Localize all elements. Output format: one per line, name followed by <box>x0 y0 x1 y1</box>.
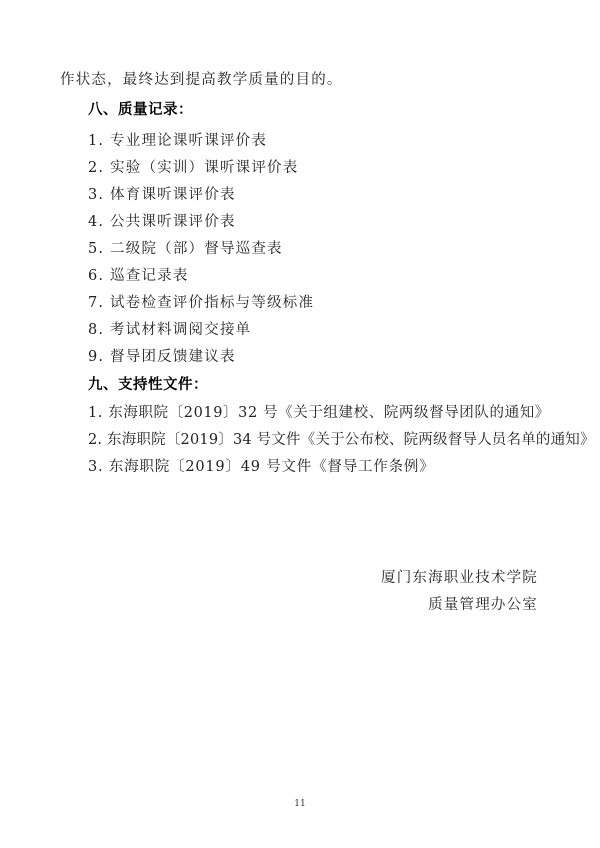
section-heading-quality-records: 八、质量记录： <box>88 101 193 119</box>
list-item: 4. 公共课听课评价表 <box>88 213 236 231</box>
list-item: 3. 东海职院〔2019〕49 号文件《督导工作条例》 <box>88 458 435 476</box>
list-item: 3. 体育课听课评价表 <box>88 186 236 204</box>
list-item: 8. 考试材料调阅交接单 <box>88 321 251 339</box>
list-item: 1. 专业理论课听课评价表 <box>88 132 267 150</box>
section-heading-supporting-documents: 九、支持性文件： <box>88 376 208 394</box>
list-item: 7. 试卷检查评价指标与等级标准 <box>88 294 314 312</box>
list-item: 2. 实验（实训）课听课评价表 <box>88 159 298 177</box>
list-item: 6. 巡查记录表 <box>88 267 189 285</box>
signature-department: 质量管理办公室 <box>428 596 538 614</box>
list-item: 1. 东海职院〔2019〕32 号《关于组建校、院两级督导团队的通知》 <box>88 404 550 422</box>
list-item: 9. 督导团反馈建议表 <box>88 348 236 366</box>
page-number: 11 <box>0 799 600 809</box>
list-item: 2. 东海职院〔2019〕34 号文件《关于公布校、院两级督导人员名单的通知》 <box>88 431 595 449</box>
signature-organization: 厦门东海职业技术学院 <box>381 569 538 587</box>
list-item: 5. 二级院（部）督导巡查表 <box>88 240 283 258</box>
continuation-paragraph: 作状态，最终达到提高教学质量的目的。 <box>60 71 343 89</box>
